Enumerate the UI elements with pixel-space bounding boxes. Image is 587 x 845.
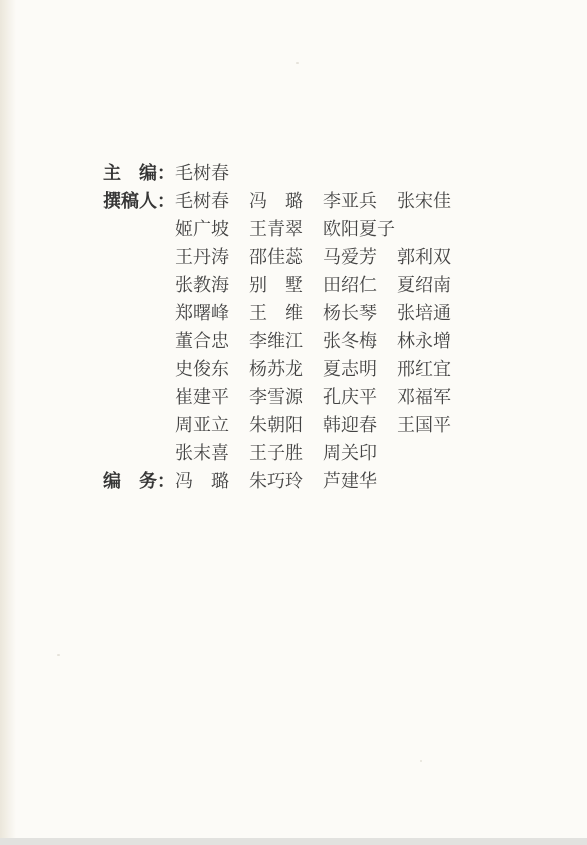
contributor-name: 别 墅 <box>249 271 304 297</box>
contributor-name: 史俊东 <box>175 355 230 381</box>
contributor-name: 王青翠 <box>249 215 304 241</box>
contributor-name: 邓福军 <box>397 383 452 409</box>
contributor-name: 王国平 <box>397 411 452 437</box>
credit-row: 董合忠 李维江 张冬梅 林永增 <box>103 326 471 354</box>
contributor-name: 张培通 <box>397 299 452 325</box>
contributor-name: 李维江 <box>249 327 304 353</box>
contributor-name: 王 维 <box>249 299 304 325</box>
contributor-name: 杨苏龙 <box>249 355 304 381</box>
credit-row: 郑曙峰 王 维 杨长琴 张培通 <box>103 298 471 326</box>
contributor-name: 夏志明 <box>323 355 378 381</box>
contributor-name: 夏绍南 <box>397 271 452 297</box>
contributor-name: 张宋佳 <box>397 187 452 213</box>
contributor-name: 周关印 <box>323 439 378 465</box>
credit-row: 周亚立 朱朝阳 韩迎春 王国平 <box>103 410 471 438</box>
credit-row: 王丹涛 邵佳蕊 马爱芳 郭利双 <box>103 242 471 270</box>
contributor-name: 姬广坡 <box>175 215 230 241</box>
contributor-name: 李雪源 <box>249 383 304 409</box>
credit-row: 主 编： 毛树春 <box>103 158 471 186</box>
contributor-name: 郭利双 <box>397 243 452 269</box>
contributor-name: 王子胜 <box>249 439 304 465</box>
contributor-name: 田绍仁 <box>323 271 378 297</box>
contributor-name: 杨长琴 <box>323 299 378 325</box>
credit-row: 姬广坡 王青翠 欧阳夏子 <box>103 214 471 242</box>
contributor-name: 朱巧玲 <box>249 467 304 493</box>
contributor-name: 张教海 <box>175 271 230 297</box>
contributor-name: 王丹涛 <box>175 243 230 269</box>
contributor-name: 张末喜 <box>175 439 230 465</box>
role-label: 主 编： <box>103 159 175 185</box>
role-label: 编 务： <box>103 467 175 493</box>
contributor-name: 冯 璐 <box>249 187 304 213</box>
contributor-name: 马爱芳 <box>323 243 378 269</box>
credit-row: 撰稿人： 毛树春 冯 璐 李亚兵 张宋佳 <box>103 186 471 214</box>
credit-row: 张末喜 王子胜 周关印 <box>103 438 471 466</box>
credit-row: 张教海 别 墅 田绍仁 夏绍南 <box>103 270 471 298</box>
contributor-name: 韩迎春 <box>323 411 378 437</box>
contributor-name: 周亚立 <box>175 411 230 437</box>
credit-row: 史俊东 杨苏龙 夏志明 邢红宜 <box>103 354 471 382</box>
credit-row: 编 务： 冯 璐 朱巧玲 芦建华 <box>103 466 471 494</box>
contributor-name: 邵佳蕊 <box>249 243 304 269</box>
contributor-name: 孔庆平 <box>323 383 378 409</box>
scan-edge-shadow <box>0 0 16 845</box>
contributor-name: 李亚兵 <box>323 187 378 213</box>
contributor-name: 郑曙峰 <box>175 299 230 325</box>
role-label: 撰稿人： <box>103 187 175 213</box>
contributor-name: 芦建华 <box>323 467 378 493</box>
paper-speckle <box>296 62 299 64</box>
contributor-name: 朱朝阳 <box>249 411 304 437</box>
paper-speckle <box>57 654 60 656</box>
scan-bottom-strip <box>0 838 587 845</box>
contributor-name: 毛树春 <box>175 159 230 185</box>
paper-speckle <box>420 760 422 762</box>
contributor-name: 张冬梅 <box>323 327 378 353</box>
contributor-name: 欧阳夏子 <box>323 215 395 241</box>
contributor-name: 董合忠 <box>175 327 230 353</box>
contributor-name: 邢红宜 <box>397 355 452 381</box>
contributor-name: 林永增 <box>397 327 452 353</box>
contributor-name: 冯 璐 <box>175 467 230 493</box>
contributor-name: 毛树春 <box>175 187 230 213</box>
credit-row: 崔建平 李雪源 孔庆平 邓福军 <box>103 382 471 410</box>
credits-block: 主 编： 毛树春 撰稿人： 毛树春 冯 璐 李亚兵 张宋佳 姬广坡 王青翠 欧阳… <box>103 158 471 494</box>
scanned-page: 主 编： 毛树春 撰稿人： 毛树春 冯 璐 李亚兵 张宋佳 姬广坡 王青翠 欧阳… <box>0 0 587 845</box>
contributor-name: 崔建平 <box>175 383 230 409</box>
